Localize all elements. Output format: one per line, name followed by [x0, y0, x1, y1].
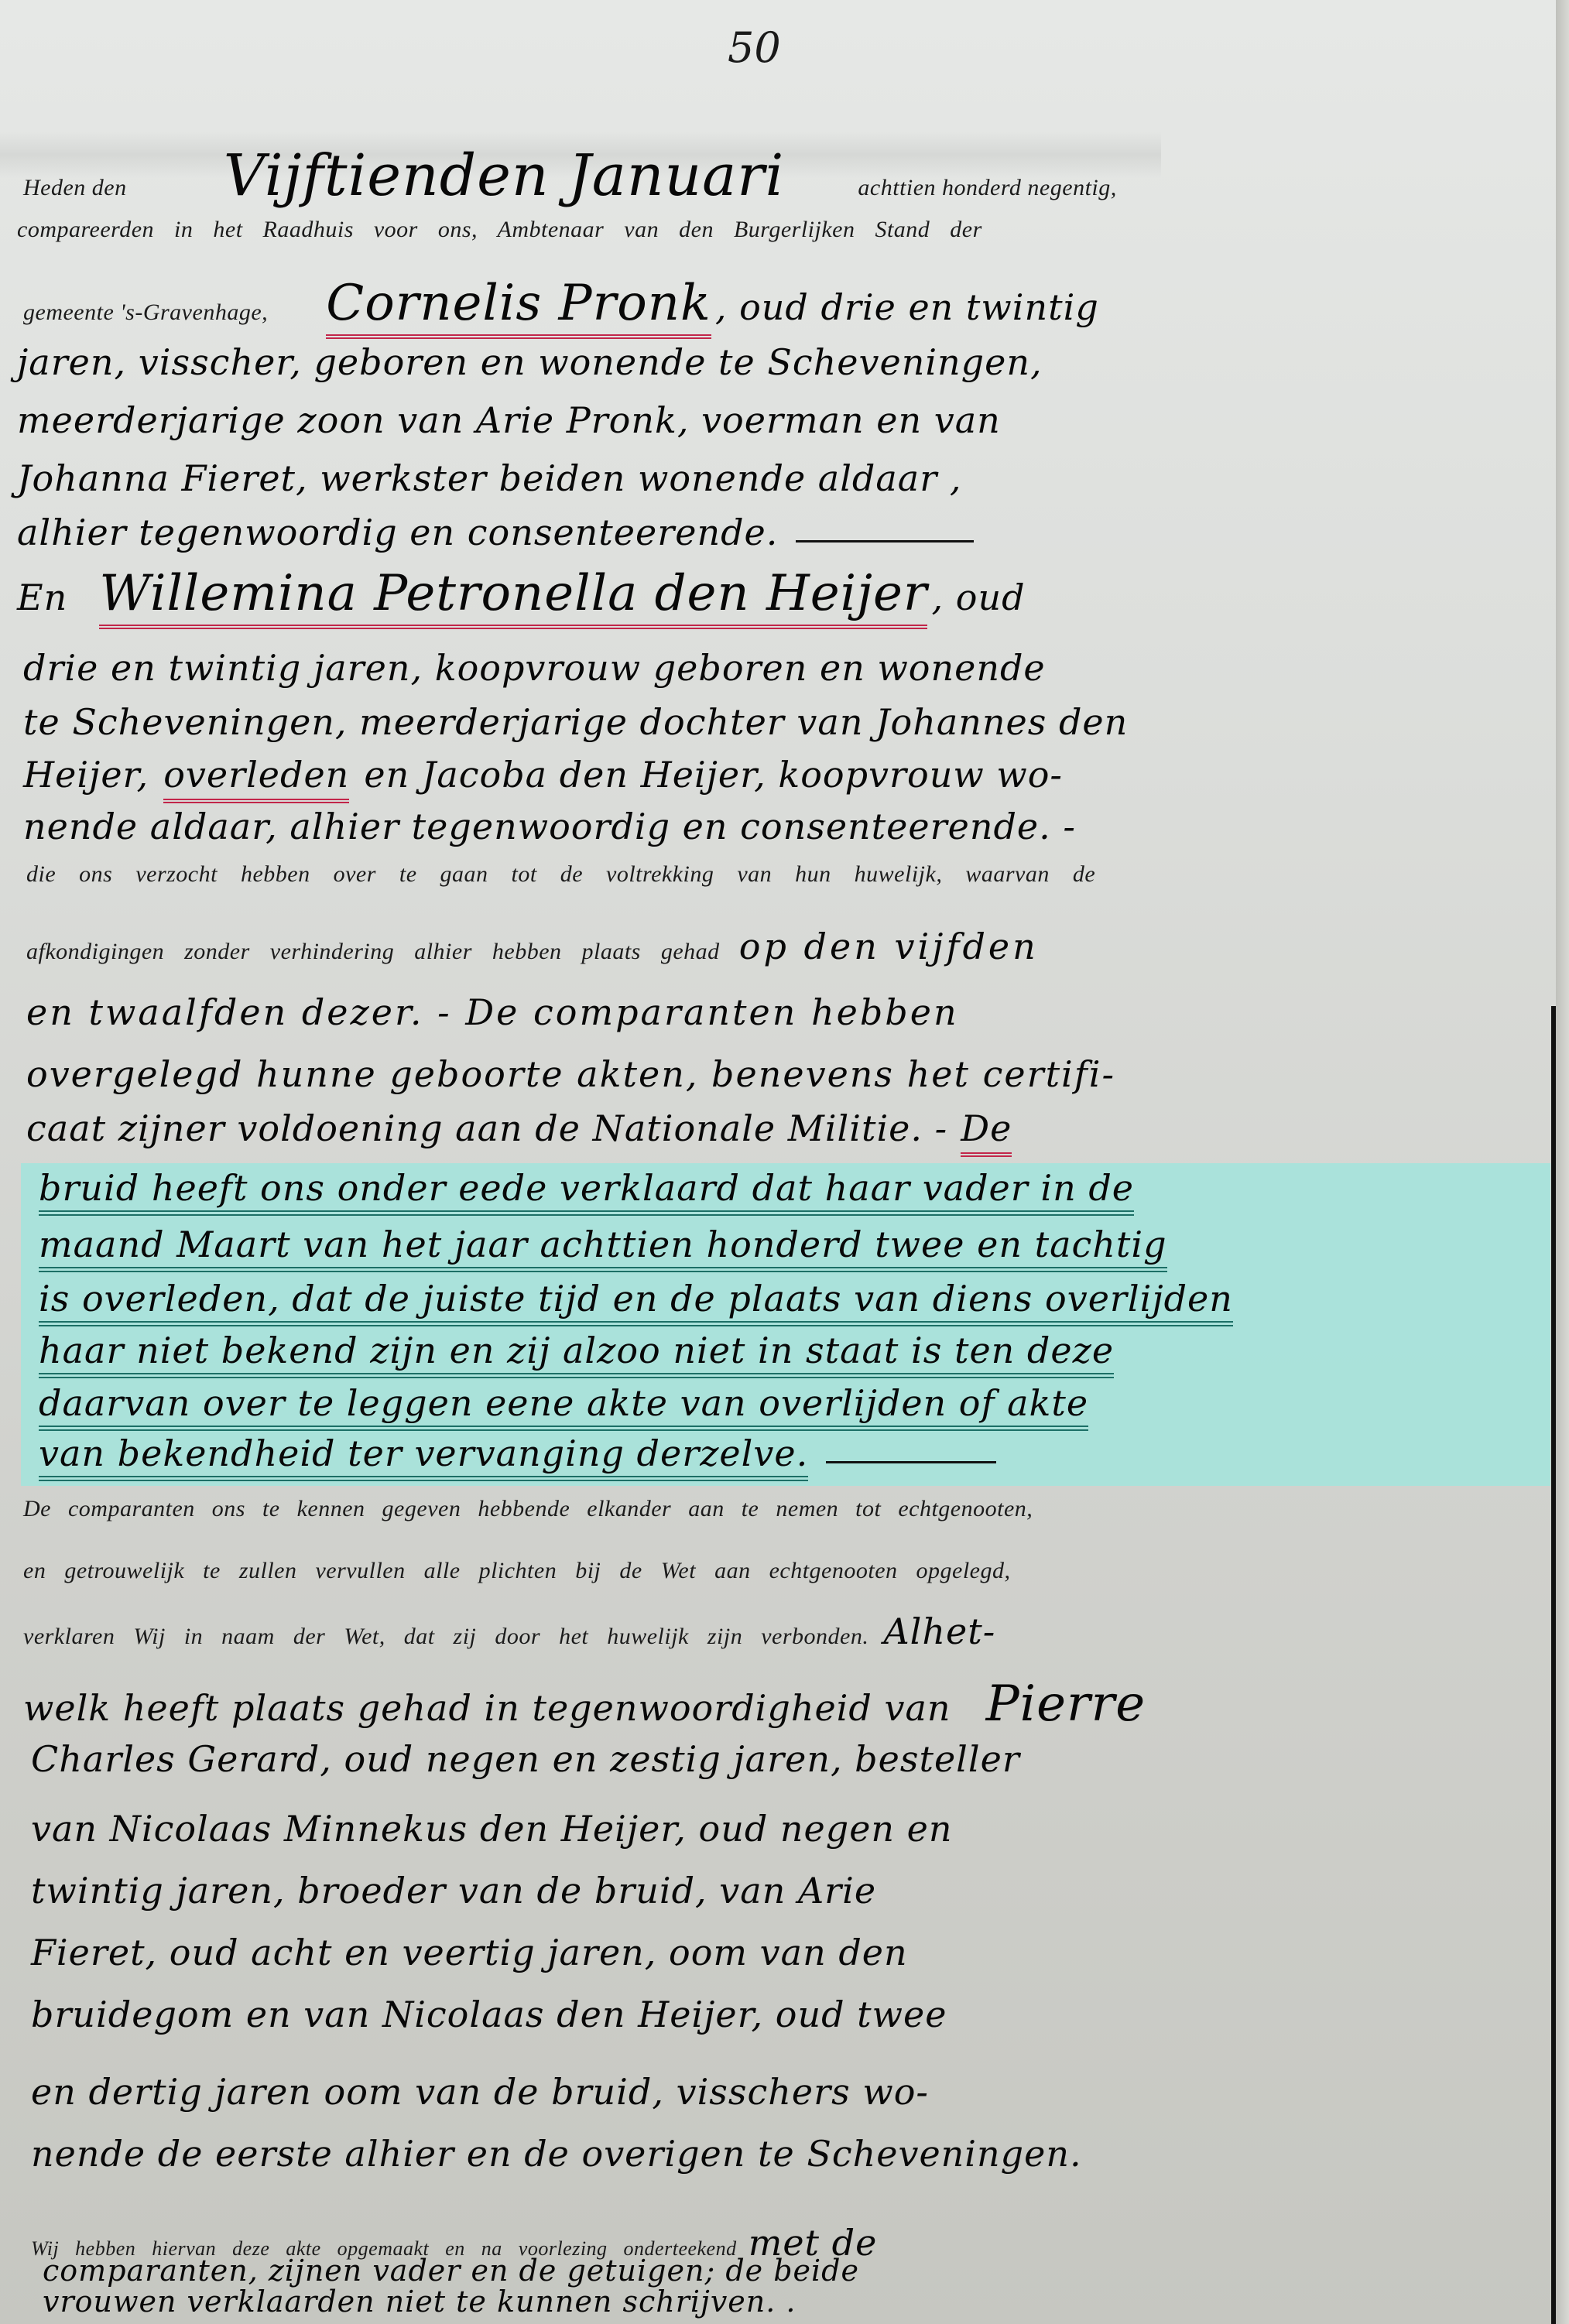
handwritten-text: caat zijner voldoening aan de Nationale … [26, 1111, 947, 1146]
record-line: twintig jaren, broeder van de bruid, van… [31, 1873, 876, 1908]
page-number: 50 [728, 23, 781, 72]
record-line: afkondigingen zonder verhindering alhier… [26, 929, 1039, 964]
record-line: Heijer, overleden en Jacoba den Heijer, … [23, 757, 1063, 803]
handwritten-text: Heijer, [23, 757, 149, 792]
record-line: te Scheveningen, meerderjarige dochter v… [23, 704, 1128, 740]
deceased-annotation: overleden [163, 757, 349, 803]
highlighted-line: van bekendheid ter vervanging derzelve. [39, 1436, 996, 1481]
record-line: nende aldaar, alhier tegenwoordig en con… [23, 809, 1076, 844]
record-line: verklaren Wij in naam der Wet, dat zij d… [23, 1614, 995, 1649]
record-line: welk heeft plaats gehad in tegenwoordigh… [23, 1679, 1146, 1729]
record-line: die ons verzocht hebben over te gaan tot… [26, 863, 1095, 886]
printed-text: Heden den [23, 176, 127, 200]
handwritten-text: welk heeft plaats gehad in tegenwoordigh… [23, 1690, 951, 1726]
record-line: De comparanten ons te kennen gegeven heb… [23, 1497, 1033, 1521]
record-line: Charles Gerard, oud negen en zestig jare… [31, 1741, 1020, 1777]
record-line: bruidegom en van Nicolaas den Heijer, ou… [31, 1997, 947, 2032]
record-line: overgelegd hunne geboorte akten, beneven… [26, 1056, 1115, 1092]
printed-text: achttien honderd negentig, [858, 176, 1116, 200]
handwritten-text: alhier tegenwoordig en consenteerende. [17, 515, 778, 550]
filler-dash [796, 540, 974, 542]
highlighted-line: maand Maart van het jaar achttien honder… [39, 1227, 1167, 1272]
record-line: meerderjarige zoon van Arie Pronk, voerm… [17, 402, 1001, 438]
handwritten-text: , oud [932, 580, 1026, 615]
record-line: comparanten, zijnen vader en de getuigen… [43, 2256, 859, 2285]
printed-text: afkondigingen zonder verhindering alhier… [26, 940, 720, 963]
handwritten-text: van bekendheid ter vervanging derzelve. [39, 1436, 808, 1481]
handwritten-text: Alhet- [883, 1614, 995, 1649]
printed-text: verklaren Wij in naam der Wet, dat zij d… [23, 1625, 868, 1648]
record-line: Johanna Fieret, werkster beiden wonende … [17, 460, 961, 496]
record-line: en dertig jaren oom van de bruid, vissch… [31, 2074, 929, 2110]
record-line: en getrouwelijk te zullen vervullen alle… [23, 1559, 1010, 1583]
filler-dash [826, 1461, 996, 1463]
groom-name: Cornelis Pronk [326, 279, 711, 339]
record-line: jaren, visscher, geboren en wonende te S… [17, 344, 1043, 380]
page-edge-strip [1556, 0, 1569, 2324]
record-line: compareerden in het Raadhuis voor ons, A… [17, 218, 982, 241]
record-line: nende de eerste alhier en de overigen te… [31, 2136, 1082, 2172]
record-line: en twaalfden dezer. - De comparanten heb… [26, 994, 959, 1030]
witness-name: Pierre [986, 1679, 1146, 1729]
handwritten-text: En [17, 580, 67, 615]
record-line: Heden den Vijftienden Januari achttien h… [23, 147, 1117, 204]
highlighted-line: is overleden, dat de juiste tijd en de p… [39, 1281, 1233, 1326]
record-line: En Willemina Petronella den Heijer , oud [17, 569, 1026, 629]
handwritten-date: Vijftienden Januari [224, 147, 785, 204]
handwritten-text: op den vijfden [739, 929, 1039, 964]
record-line: gemeente 's-Gravenhage, Cornelis Pronk ,… [23, 279, 1099, 339]
record-line: Fieret, oud acht en veertig jaren, oom v… [31, 1935, 908, 1970]
record-line: caat zijner voldoening aan de Nationale … [26, 1111, 1012, 1157]
handwritten-text: De [961, 1111, 1012, 1157]
record-line: van Nicolaas Minnekus den Heijer, oud ne… [31, 1811, 953, 1847]
printed-text: gemeente 's-Gravenhage, [23, 301, 268, 324]
handwritten-text: en Jacoba den Heijer, koopvrouw wo- [364, 757, 1063, 792]
highlighted-line: haar niet bekend zijn en zij alzoo niet … [39, 1333, 1114, 1378]
record-line: alhier tegenwoordig en consenteerende. [17, 515, 974, 550]
handwritten-text: , oud drie en twintig [715, 289, 1099, 325]
highlighted-line: daarvan over te leggen eene akte van ove… [39, 1385, 1088, 1431]
record-line: drie en twintig jaren, koopvrouw geboren… [23, 650, 1046, 686]
record-line: vrouwen verklaarden niet te kunnen schri… [43, 2287, 796, 2316]
highlighted-line: bruid heeft ons onder eede verklaard dat… [39, 1170, 1134, 1216]
page-border-line [1551, 1006, 1556, 2324]
bride-name: Willemina Petronella den Heijer [99, 569, 927, 629]
